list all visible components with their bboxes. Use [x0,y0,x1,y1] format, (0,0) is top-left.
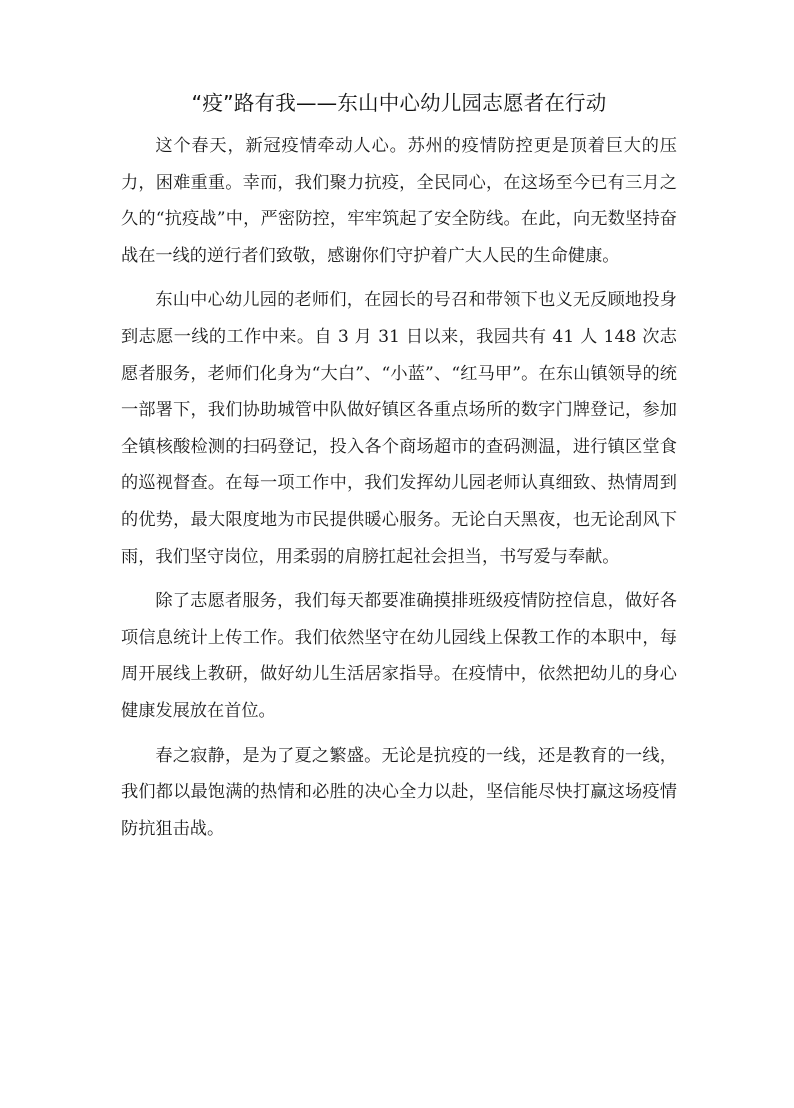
paragraph-4: 春之寂静，是为了夏之繁盛。无论是抗疫的一线，还是教育的一线，我们都以最饱满的热情… [121,738,677,848]
document-title: “疫”路有我——东山中心幼儿园志愿者在行动 [121,88,677,118]
document-page: “疫”路有我——东山中心幼儿园志愿者在行动 这个春天，新冠疫情牵动人心。苏州的疫… [121,88,677,847]
paragraph-3: 除了志愿者服务，我们每天都要准确摸排班级疫情防控信息，做好各项信息统计上传工作。… [121,583,677,729]
paragraph-2: 东山中心幼儿园的老师们，在园长的号召和带领下也义无反顾地投身到志愿一线的工作中来… [121,282,677,575]
paragraph-1: 这个春天，新冠疫情牵动人心。苏州的疫情防控更是顶着巨大的压力，困难重重。幸而，我… [121,128,677,274]
